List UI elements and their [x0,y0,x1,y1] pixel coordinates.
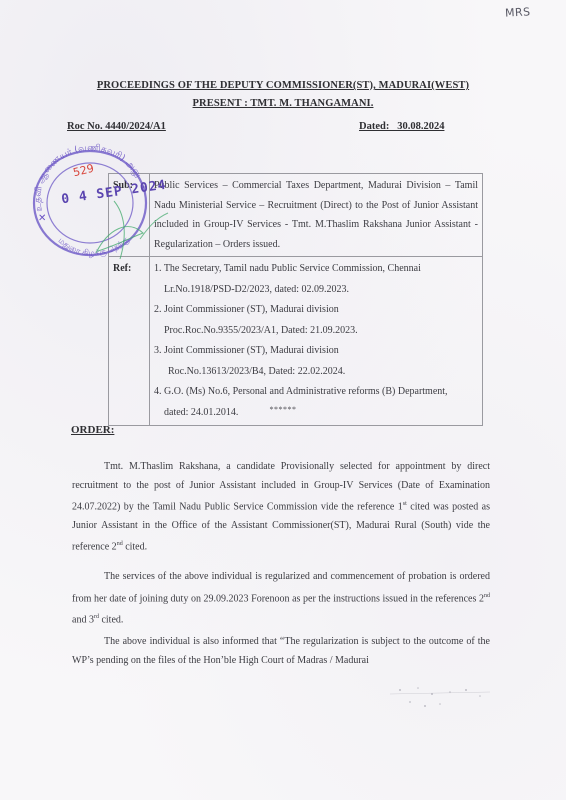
proceedings-title: PROCEEDINGS OF THE DEPUTY COMMISSIONER(S… [0,80,566,91]
ref-label: Ref: [109,257,150,426]
reference-line: Lr.No.1918/PSD-D2/2023, dated: 02.09.202… [154,280,478,301]
stamp-inward-number: 529 [72,162,96,180]
reference-line: 2. Joint Commissioner (ST), Madurai divi… [154,304,339,315]
reference-item: 3. Joint Commissioner (ST), Madurai divi… [154,341,478,382]
reference-line: Roc.No.13613/2023/B4, Dated: 22.02.2024. [154,362,478,383]
paragraph-text: The above individual is also informed th… [72,636,490,666]
order-paragraph-2: The services of the above individual is … [72,568,490,630]
paragraph-text: cited. [99,615,123,626]
present-officer: PRESENT : TMT. M. THANGAMANI. [0,98,566,109]
subject-text: Public Services – Commercial Taxes Depar… [150,174,483,257]
document-page: MRS PROCEEDINGS OF THE DEPUTY COMMISSION… [0,0,566,800]
reference-item: 2. Joint Commissioner (ST), Madurai divi… [154,300,478,341]
reference-row: Ref: 1. The Secretary, Tamil nadu Public… [109,257,483,426]
reference-line: 1. The Secretary, Tamil nadu Public Serv… [154,263,421,274]
order-heading: ORDER: [71,424,114,436]
dated-label: Dated: 30.08.2024 [359,121,444,132]
section-separator: ****** [0,405,566,414]
reference-item: 4. G.O. (Ms) No.6, Personal and Administ… [154,382,478,423]
paragraph-text: cited. [123,542,147,553]
reference-line: 4. G.O. (Ms) No.6, Personal and Administ… [154,386,448,397]
reference-line: 3. Joint Commissioner (ST), Madurai divi… [154,345,339,356]
handwritten-initials: MRS [505,5,531,19]
roc-number: Roc No. 4440/2024/A1 [67,121,166,132]
reference-item: 1. The Secretary, Tamil nadu Public Serv… [154,259,478,300]
order-paragraph-3: The above individual is also informed th… [72,633,490,670]
paragraph-text: The services of the above individual is … [72,571,490,604]
faint-signature-marks [370,680,510,720]
reference-line: Proc.Roc.No.9355/2023/A1, Dated: 21.09.2… [154,321,478,342]
reference-list: 1. The Secretary, Tamil nadu Public Serv… [154,259,478,423]
order-paragraph-1: Tmt. M.Thaslim Rakshana, a candidate Pro… [72,458,490,557]
paragraph-text: and 3 [72,615,94,626]
ordinal-suffix: nd [484,593,490,599]
subject-reference-table: Sub: Public Services – Commercial Taxes … [108,173,483,426]
svg-text:✕: ✕ [38,213,46,224]
reference-list-cell: 1. The Secretary, Tamil nadu Public Serv… [150,257,483,426]
